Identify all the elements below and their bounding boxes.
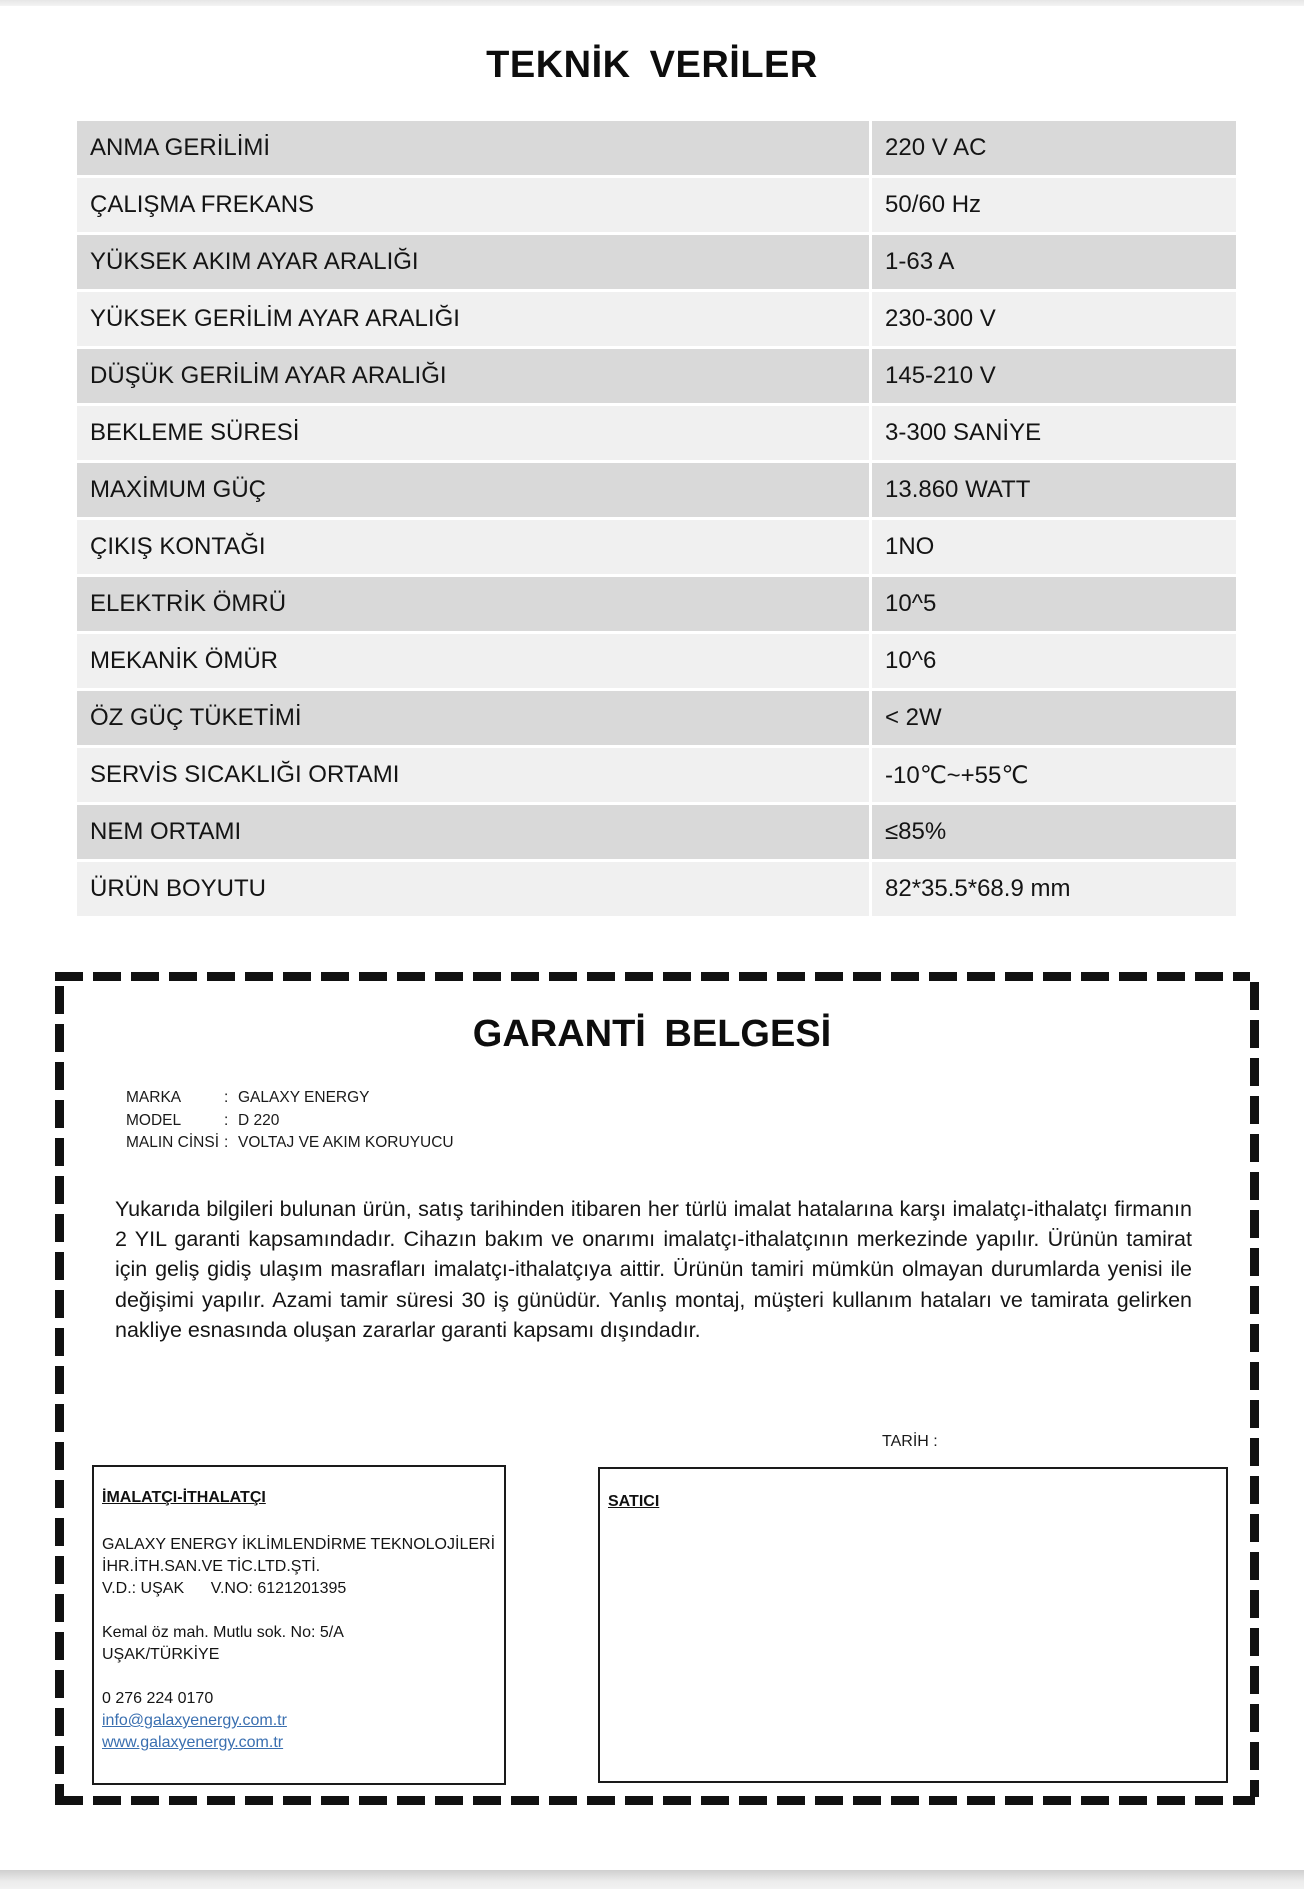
spec-value: 230-300 V (872, 292, 1236, 346)
spec-label: ÇIKIŞ KONTAĞI (77, 520, 869, 574)
dashed-border-top (55, 972, 1250, 981)
website-link[interactable]: www.galaxyenergy.com.tr (102, 1734, 283, 1751)
spec-value: ≤85% (872, 805, 1236, 859)
spec-value: 10^6 (872, 634, 1236, 688)
table-row: MEKANİK ÖMÜR10^6 (77, 634, 1236, 688)
spec-value: 3-300 SANİYE (872, 406, 1236, 460)
email-link[interactable]: info@galaxyenergy.com.tr (102, 1712, 287, 1729)
warranty-terms-text: Yukarıda bilgileri bulunan ürün, satış t… (115, 1194, 1192, 1345)
spec-label: BEKLEME SÜRESİ (77, 406, 869, 460)
spec-value: < 2W (872, 691, 1236, 745)
dashed-border-bottom (55, 1796, 1255, 1805)
table-row: BEKLEME SÜRESİ3-300 SANİYE (77, 406, 1236, 460)
spec-label: ANMA GERİLİMİ (77, 121, 869, 175)
spec-value: 1-63 A (872, 235, 1236, 289)
warranty-title: GARANTİ BELGESİ (0, 1013, 1304, 1056)
spec-value: 13.860 WATT (872, 463, 1236, 517)
manufacturer-details: GALAXY ENERGY İKLİMLENDİRME TEKNOLOJİLER… (102, 1534, 495, 1754)
spec-label: NEM ORTAMI (77, 805, 869, 859)
spec-label: ELEKTRİK ÖMRÜ (77, 577, 869, 631)
spec-label: ÜRÜN BOYUTU (77, 862, 869, 916)
dashed-border-left (55, 986, 64, 1800)
table-row: ANMA GERİLİMİ220 V AC (77, 121, 1236, 175)
date-label: TARİH : (882, 1433, 938, 1451)
company-name-line1: GALAXY ENERGY İKLİMLENDİRME TEKNOLOJİLER… (102, 1534, 495, 1556)
product-info-row: MALIN CİNSİ:VOLTAJ VE AKIM KORUYUCU (126, 1132, 454, 1155)
product-info-row: MODEL:D 220 (126, 1110, 454, 1133)
product-info-separator: : (224, 1110, 238, 1133)
spec-label: DÜŞÜK GERİLİM AYAR ARALIĞI (77, 349, 869, 403)
table-row: ELEKTRİK ÖMRÜ10^5 (77, 577, 1236, 631)
spec-value: 50/60 Hz (872, 178, 1236, 232)
spec-label: MAXİMUM GÜÇ (77, 463, 869, 517)
bottom-edge-shadow (0, 1870, 1304, 1889)
product-info-value: GALAXY ENERGY (238, 1087, 370, 1110)
seller-box: SATICI (598, 1467, 1228, 1783)
manufacturer-box: İMALATÇI-İTHALATÇI GALAXY ENERGY İKLİMLE… (92, 1465, 506, 1785)
spec-value: -10℃~+55℃ (872, 748, 1236, 802)
product-info-key: MARKA (126, 1087, 224, 1110)
product-info-row: MARKA:GALAXY ENERGY (126, 1087, 454, 1110)
technical-data-title: TEKNİK VERİLER (0, 44, 1304, 87)
product-info-separator: : (224, 1132, 238, 1155)
table-row: YÜKSEK AKIM AYAR ARALIĞI1-63 A (77, 235, 1236, 289)
table-row: MAXİMUM GÜÇ13.860 WATT (77, 463, 1236, 517)
product-info-value: VOLTAJ VE AKIM KORUYUCU (238, 1132, 454, 1155)
spec-label: SERVİS SICAKLIĞI ORTAMI (77, 748, 869, 802)
manufacturer-heading: İMALATÇI-İTHALATÇI (102, 1489, 266, 1507)
product-info-separator: : (224, 1087, 238, 1110)
top-edge-shadow (0, 0, 1304, 6)
table-row: DÜŞÜK GERİLİM AYAR ARALIĞI145-210 V (77, 349, 1236, 403)
table-row: NEM ORTAMI≤85% (77, 805, 1236, 859)
dashed-border-right (1250, 982, 1259, 1797)
table-row: SERVİS SICAKLIĞI ORTAMI-10℃~+55℃ (77, 748, 1236, 802)
table-row: ÜRÜN BOYUTU82*35.5*68.9 mm (77, 862, 1236, 916)
spec-value: 220 V AC (872, 121, 1236, 175)
table-row: ÖZ GÜÇ TÜKETİMİ< 2W (77, 691, 1236, 745)
seller-heading: SATICI (608, 1493, 659, 1511)
spec-value: 10^5 (872, 577, 1236, 631)
spec-label: ÖZ GÜÇ TÜKETİMİ (77, 691, 869, 745)
spec-value: 82*35.5*68.9 mm (872, 862, 1236, 916)
technical-specs-table: ANMA GERİLİMİ220 V ACÇALIŞMA FREKANS50/6… (77, 121, 1236, 919)
table-row: ÇIKIŞ KONTAĞI1NO (77, 520, 1236, 574)
product-info-value: D 220 (238, 1110, 279, 1133)
spec-label: ÇALIŞMA FREKANS (77, 178, 869, 232)
address-line1: Kemal öz mah. Mutlu sok. No: 5/A (102, 1622, 495, 1644)
spec-label: YÜKSEK AKIM AYAR ARALIĞI (77, 235, 869, 289)
spec-label: YÜKSEK GERİLİM AYAR ARALIĞI (77, 292, 869, 346)
spec-label: MEKANİK ÖMÜR (77, 634, 869, 688)
product-info-key: MODEL (126, 1110, 224, 1133)
phone-number: 0 276 224 0170 (102, 1688, 495, 1710)
spec-value: 145-210 V (872, 349, 1236, 403)
table-row: ÇALIŞMA FREKANS50/60 Hz (77, 178, 1236, 232)
product-info-key: MALIN CİNSİ (126, 1132, 224, 1155)
company-name-line2: İHR.İTH.SAN.VE TİC.LTD.ŞTİ. (102, 1556, 495, 1578)
tax-info: V.D.: UŞAK V.NO: 6121201395 (102, 1578, 495, 1600)
spec-value: 1NO (872, 520, 1236, 574)
table-row: YÜKSEK GERİLİM AYAR ARALIĞI230-300 V (77, 292, 1236, 346)
product-info: MARKA:GALAXY ENERGYMODEL:D 220MALIN CİNS… (126, 1087, 454, 1155)
address-line2: UŞAK/TÜRKİYE (102, 1644, 495, 1666)
